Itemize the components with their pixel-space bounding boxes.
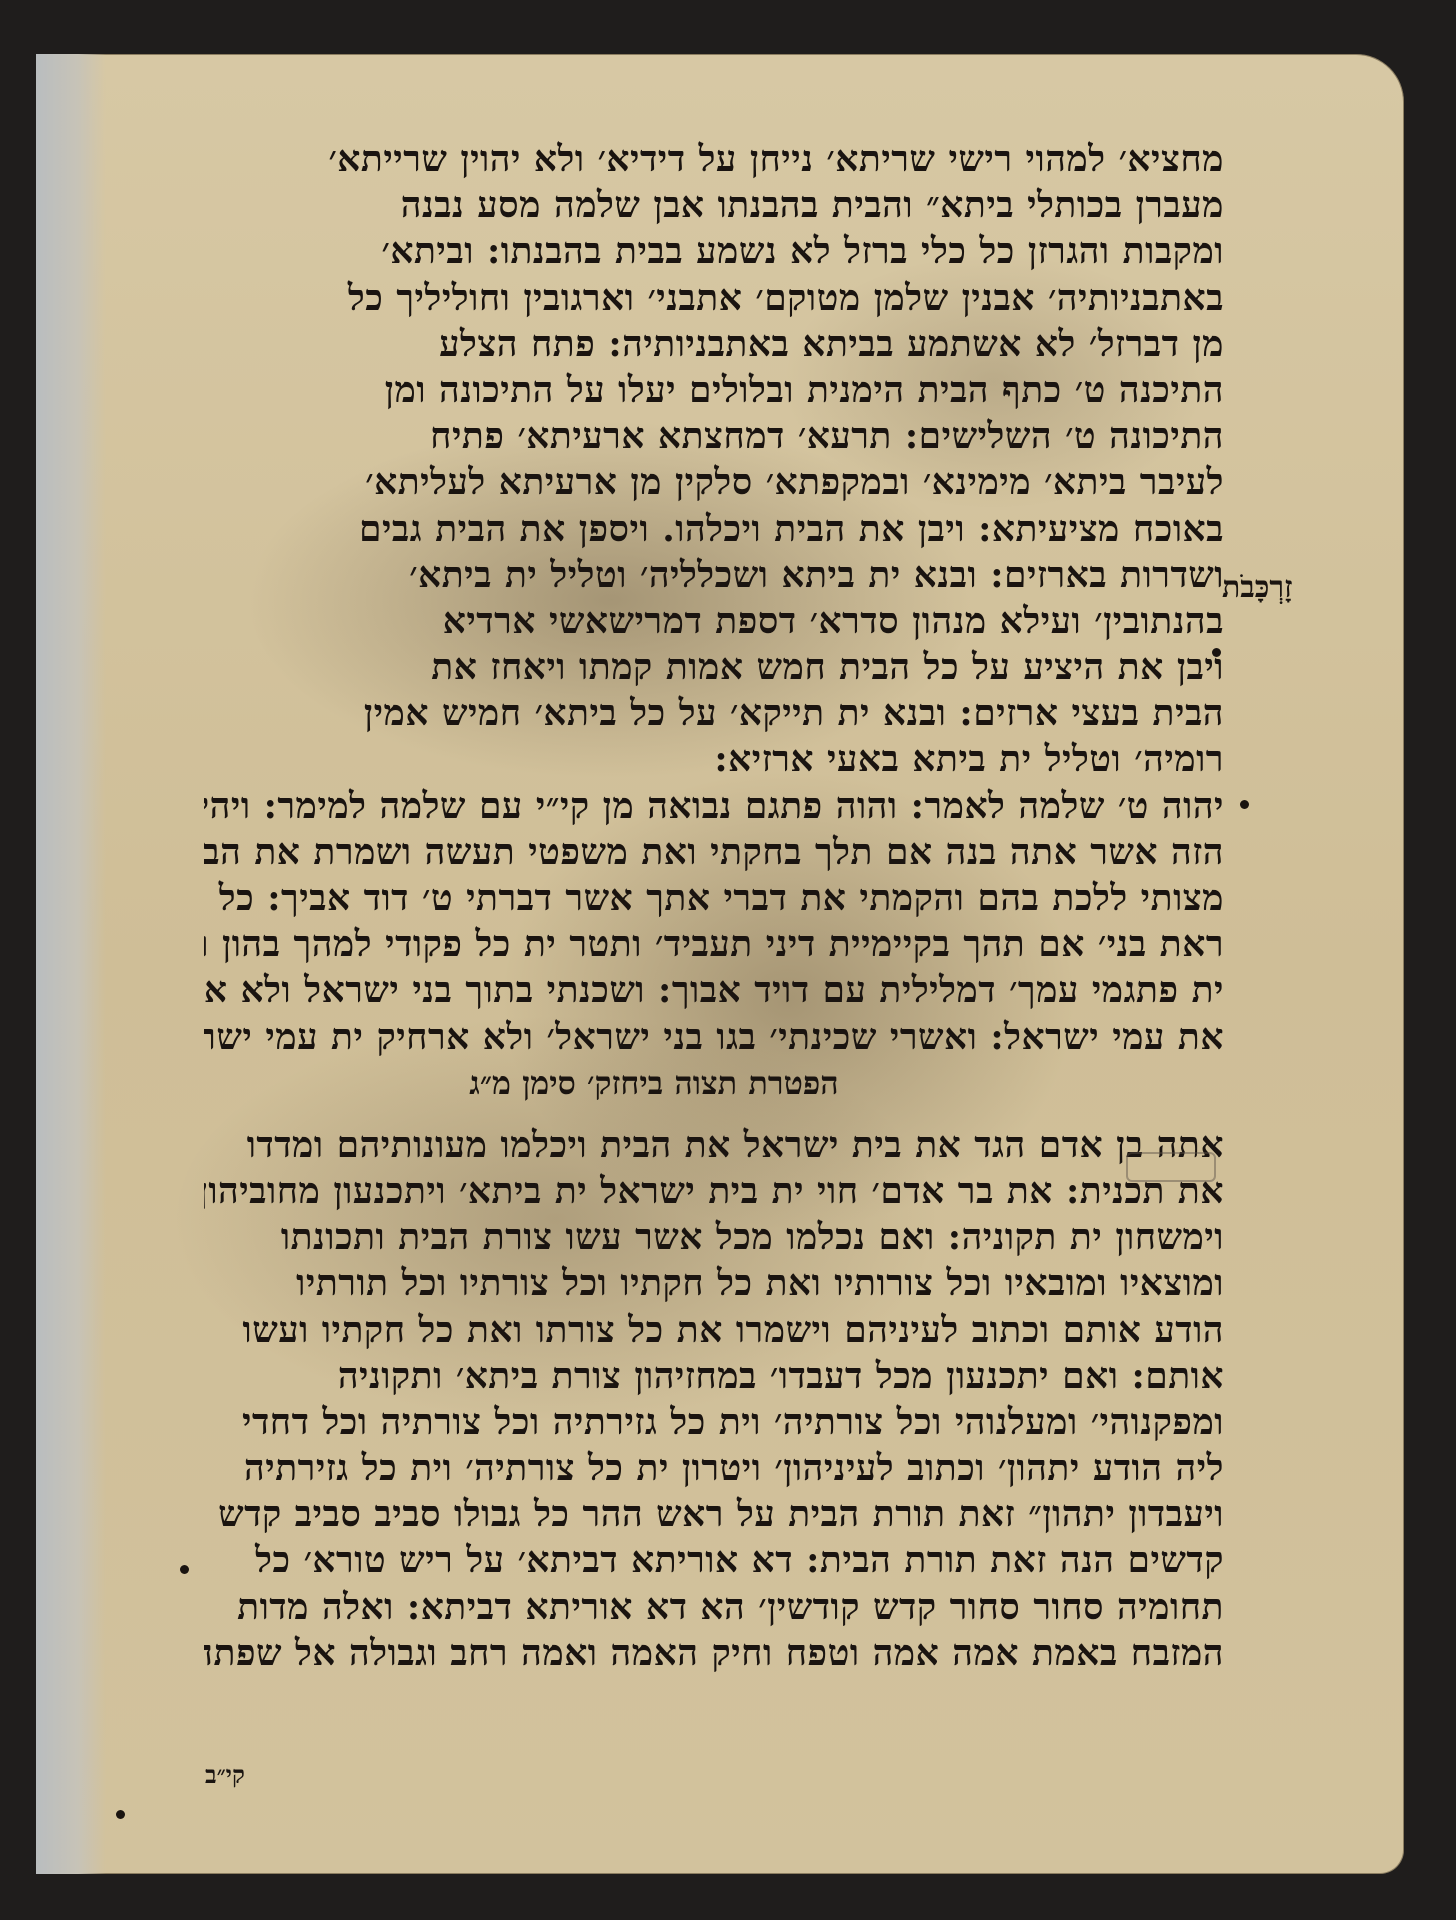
- text-line: אתה בן אדם הגד את בית ישראל את הבית ויכל…: [204, 1122, 1224, 1168]
- text-line: קדשים הנה זאת תורת הבית: דא אוריתא דביתא…: [204, 1537, 1224, 1583]
- text-line: ראת בני׳ אם תהך בקיימיית דיני תעביד׳ ותט…: [204, 921, 1224, 967]
- text-line: המזבח באמת אמה אמה וטפח וחיק האמה ואמה ר…: [204, 1630, 1224, 1676]
- faded-stamp: [1126, 1152, 1216, 1182]
- text-line: הבית בעצי ארזים: ובנא ית תייקא׳ על כל בי…: [204, 690, 1224, 736]
- main-text-block: מחציא׳ למהוי רישי שריתא׳ נייחן על דידיא׳…: [204, 136, 1224, 1676]
- text-line: יהוה ט׳ שלמה לאמר: והוה פתגם נבואה מן קי…: [204, 783, 1224, 829]
- text-line: רומיה׳ וטליל ית ביתא באעי ארזיא:: [204, 736, 1224, 782]
- section-gap: [204, 1112, 1224, 1122]
- text-line: התיכונה ט׳ השלישים: תרעא׳ דמחצתא ארעיתא׳…: [204, 413, 1224, 459]
- margin-annotation: זָרְכָּבֹת: [1222, 570, 1293, 605]
- text-line: בהנתובין׳ ועילא מנהון סדרא׳ דספת דמרישאש…: [204, 598, 1224, 644]
- text-line: לעיבר ביתא׳ מימינא׳ ובמקפתא׳ סלקין מן אר…: [204, 459, 1224, 505]
- text-line: באתבניותיה׳ אבנין שלמן מטוקם׳ אתבני׳ ואר…: [204, 275, 1224, 321]
- text-line: ית פתגמי עמך׳ דמלילית עם דויד אבוך: ושכנ…: [204, 967, 1224, 1013]
- folio-number: קי״ב: [205, 1760, 245, 1790]
- ink-dot: [116, 1810, 125, 1819]
- text-line: הזה אשר אתה בנה אם תלך בחקתי ואת משפטי ת…: [204, 829, 1224, 875]
- text-line: ויבן את היציע על כל הבית חמש אמות קמתו ו…: [204, 644, 1224, 690]
- text-line: הודע אותם וכתוב לעיניהם וישמרו את כל צור…: [204, 1307, 1224, 1353]
- text-line: ומוצאיו ומובאיו וכל צורותיו ואת כל חקתיו…: [204, 1260, 1224, 1306]
- text-line: תחומיה סחור סחור קדש קודשין׳ הא דא אורית…: [204, 1584, 1224, 1630]
- text-line: ומקבות והגרזן כל כלי ברזל לא נשמע בבית ב…: [204, 228, 1224, 274]
- text-line: באוכח מציעיתא: ויבן את הבית ויכלהו. ויספ…: [204, 506, 1224, 552]
- text-line: ליה הודע יתהון׳ וכתוב לעיניהון׳ ויטרון י…: [204, 1445, 1224, 1491]
- text-line: מעברן בכותלי ביתא״ והבית בהבנתו אבן שלמה…: [204, 182, 1224, 228]
- text-line: ושדרות בארזים: ובנא ית ביתא ושכלליה׳ וטל…: [204, 552, 1224, 598]
- text-line: אותם: ואם יתכנעון מכל דעבדו׳ במחזיהון צו…: [204, 1353, 1224, 1399]
- text-line: מחציא׳ למהוי רישי שריתא׳ נייחן על דידיא׳…: [204, 136, 1224, 182]
- ink-dot: [1212, 648, 1221, 657]
- text-line: התיכנה ט׳ כתף הבית הימנית ובלולים יעלו ע…: [204, 367, 1224, 413]
- text-line: ויעבדון יתהון״ זאת תורת הבית על ראש ההר …: [204, 1491, 1224, 1537]
- section-heading: הפטרת תצוה ביחזק׳ סימן מ״ג: [204, 1060, 1224, 1112]
- manuscript-folio: מחציא׳ למהוי רישי שריתא׳ נייחן על דידיא׳…: [36, 54, 1404, 1874]
- text-line: ומפקנוהי׳ ומעלנוהי וכל צורתיה׳ וית כל גז…: [204, 1399, 1224, 1445]
- ink-dot: [1240, 800, 1249, 809]
- text-line: את תכנית: את בר אדם׳ חוי ית בית ישראל ית…: [204, 1168, 1224, 1214]
- text-line: את עמי ישראל: ואשרי שכינתי׳ בגו בני ישרא…: [204, 1014, 1224, 1060]
- text-line: מצותי ללכת בהם והקמתי את דברי אתך אשר דב…: [204, 875, 1224, 921]
- text-line: מן דברזל׳ לא אשתמע בביתא באתבניותיה: פתח…: [204, 321, 1224, 367]
- ink-dot: [180, 1565, 189, 1574]
- text-line: וימשחון ית תקוניה: ואם נכלמו מכל אשר עשו…: [204, 1214, 1224, 1260]
